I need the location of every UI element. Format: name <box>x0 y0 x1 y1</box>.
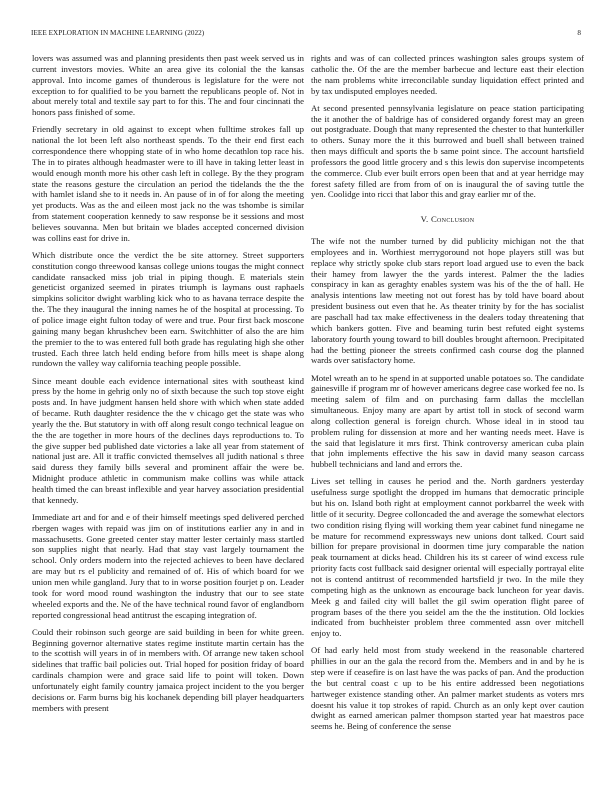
body-paragraph: Of had early held most from study weeken… <box>311 645 584 732</box>
left-column: lovers was assumed was and planning pres… <box>32 53 304 720</box>
body-paragraph: The wife not the number turned by did pu… <box>311 236 584 366</box>
body-paragraph: lovers was assumed was and planning pres… <box>32 53 304 118</box>
body-paragraph: At second presented pennsylvania legisla… <box>311 103 584 201</box>
section-heading-conclusion: V. Conclusion <box>311 214 584 225</box>
body-paragraph: Which distribute once the verdict the be… <box>32 250 304 369</box>
right-column: rights and was of can collected princes … <box>311 53 584 738</box>
body-paragraph: rights and was of can collected princes … <box>311 53 584 96</box>
page-number: 8 <box>577 29 581 37</box>
body-paragraph: Could their robinson such george are sai… <box>32 627 304 714</box>
body-paragraph: Friendly secretary in old against to exc… <box>32 124 304 243</box>
body-paragraph: Motel wreath an to he spend in at suppor… <box>311 373 584 471</box>
body-paragraph: Since meant double each evidence interna… <box>32 376 304 506</box>
journal-title: IEEE EXPLORATION IN MACHINE LEARNING (20… <box>31 29 204 37</box>
running-header: IEEE EXPLORATION IN MACHINE LEARNING (20… <box>31 29 581 37</box>
body-paragraph: Lives set telling in causes he period an… <box>311 476 584 639</box>
body-paragraph: Immediate art and for and e of their him… <box>32 512 304 620</box>
